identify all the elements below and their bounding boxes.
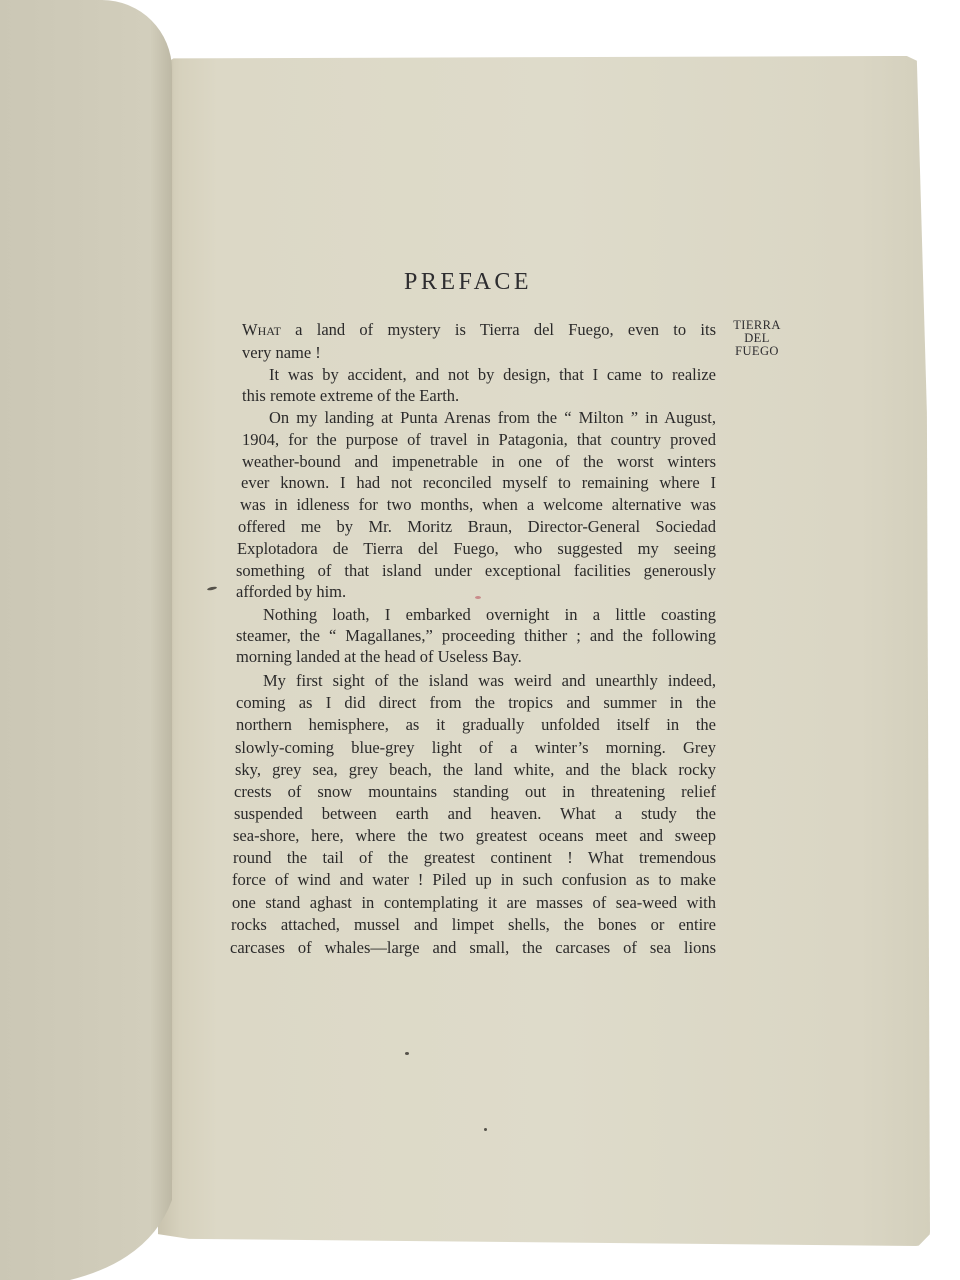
drop-word: What	[242, 320, 281, 339]
text-line: suspended between earth and heaven. What…	[234, 804, 716, 824]
text-line: Nothing loath, I embarked overnight in a…	[263, 605, 716, 625]
paper-mark	[475, 596, 481, 599]
text-line: Explotadora de Tierra del Fuego, who sug…	[237, 539, 716, 559]
text-line: weather-bound and impenetrable in one of…	[242, 452, 716, 472]
text-line: coming as I did direct from the tropics …	[236, 693, 716, 713]
text-line: this remote extreme of the Earth.	[242, 386, 716, 406]
text-line: offered me by Mr. Moritz Braun, Director…	[238, 517, 716, 537]
text-line: force of wind and water ! Piled up in su…	[232, 870, 716, 890]
text-line: steamer, the “ Magallanes,” proceeding t…	[236, 626, 716, 646]
preface-text: PREFACE TIERRA DEL FUEGO What a land of …	[0, 0, 960, 1280]
text-line: afforded by him.	[236, 582, 716, 602]
paper-mark	[207, 586, 217, 591]
margin-sidenote: TIERRA DEL FUEGO	[726, 319, 788, 358]
text-line: northern hemisphere, as it gradually unf…	[236, 715, 716, 735]
text-line: morning landed at the head of Useless Ba…	[236, 647, 716, 667]
sidenote-line: FUEGO	[726, 345, 788, 358]
text-line: It was by accident, and not by design, t…	[269, 365, 716, 385]
paper-mark	[484, 1128, 487, 1131]
text-line: very name !	[242, 343, 716, 363]
text-line: one stand aghast in contemplating it are…	[232, 893, 716, 913]
text-line: ever known. I had not reconciled myself …	[241, 473, 716, 493]
text-line: On my landing at Punta Arenas from the “…	[269, 408, 716, 428]
text-line: carcases of whales—large and small, the …	[230, 938, 716, 958]
text-line: What a land of mystery is Tierra del Fue…	[242, 320, 716, 340]
text-line: My first sight of the island was weird a…	[263, 671, 716, 691]
text-line: was in idleness for two months, when a w…	[240, 495, 716, 515]
page-title: PREFACE	[404, 269, 532, 296]
text-line: slowly-coming blue-grey light of a winte…	[235, 738, 716, 758]
text-line: sky, grey sea, grey beach, the land whit…	[235, 760, 716, 780]
text-line: something of that island under exception…	[236, 561, 716, 581]
text-line: 1904, for the purpose of travel in Patag…	[242, 430, 716, 450]
paper-mark	[405, 1052, 409, 1055]
text-line: crests of snow mountains standing out in…	[234, 782, 716, 802]
text-line: round the tail of the greatest continent…	[233, 848, 716, 868]
text-line: sea-shore, here, where the two greatest …	[233, 826, 716, 846]
text-line: rocks attached, mussel and limpet shells…	[231, 915, 716, 935]
